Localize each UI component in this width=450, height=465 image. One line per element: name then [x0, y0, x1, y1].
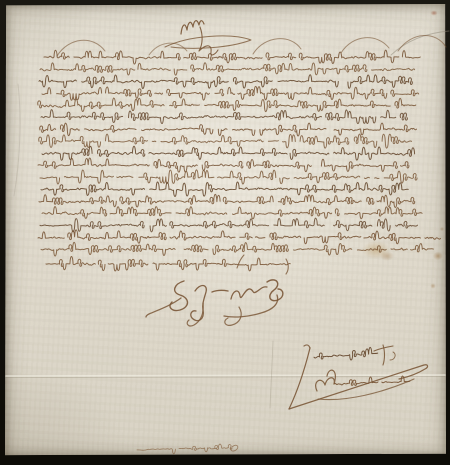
scan-background	[0, 0, 450, 465]
manuscript-paper	[5, 4, 446, 456]
